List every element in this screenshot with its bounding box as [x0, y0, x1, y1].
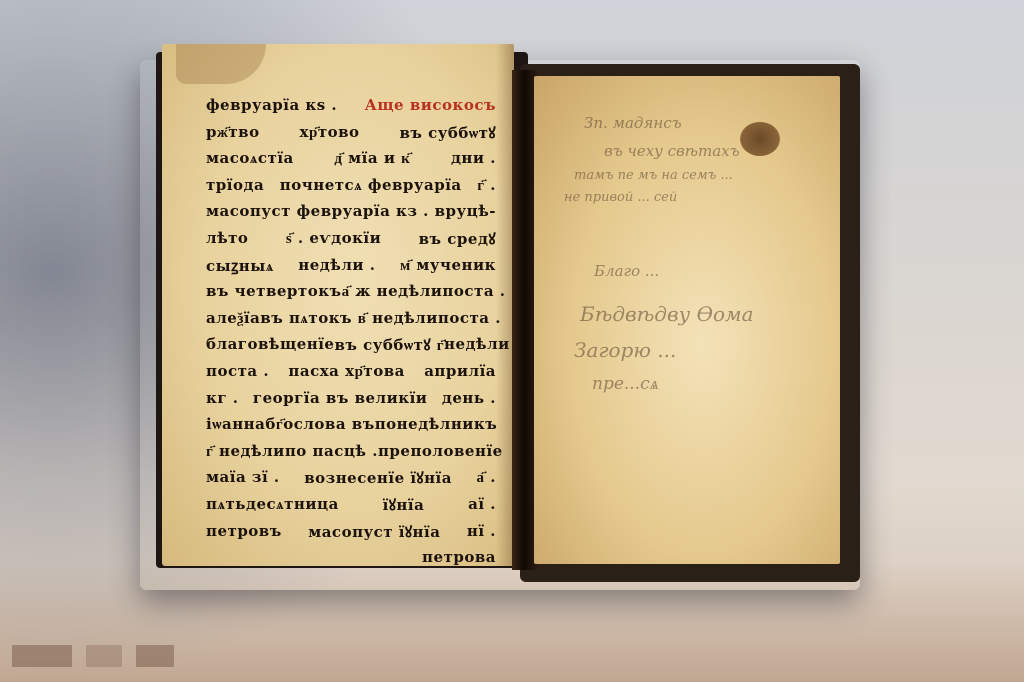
catchword: петрова [206, 548, 496, 566]
right-endpaper: Зп. мадянсъ въ чеху свѣтахъ тамъ пе мъ н… [534, 76, 840, 564]
text-line: трїодапочнетсѧ февруарїаг҃ . [206, 176, 496, 203]
handwritten-note: Бѣдвѣдву Ѳома [580, 302, 754, 326]
text-line: февруарїа кѕ .Аще високосъ [206, 96, 496, 123]
handwritten-note: тамъ пе мъ на семъ ... [574, 168, 733, 183]
text-line: благовѣщенїевъ суббѡтꙋ г҃недѣли [206, 335, 496, 362]
text-line: масопустфевруарїа кз .вруцѣ- [206, 202, 496, 229]
page-stain [176, 44, 266, 84]
rubric-heading: Аще високосъ [365, 96, 496, 123]
text-line: петровъмасопуст їꙋнїанї . [206, 522, 496, 549]
handwritten-note: не привой ... сей [564, 190, 677, 205]
text-line: маїа зї .вознесенїе їꙋнїаа҃ . [206, 468, 496, 495]
text-line: поста .пасха хр҃товааприлїа [206, 362, 496, 389]
handwritten-note: пре...сѧ [592, 374, 659, 394]
text-line: сыꙁныѧнедѣли .м҃ мученик [206, 256, 496, 283]
handwritten-note: въ чеху свѣтахъ [604, 142, 740, 160]
handwritten-note: Благо ... [594, 262, 659, 280]
text-line: алеѯїавъ пѧтокъ в҃ недѣлипоста . [206, 309, 496, 336]
text-line: въ четвертокъа҃ ж недѣлипоста . [206, 282, 496, 309]
blurred-watermark [12, 645, 174, 667]
text-line: пѧтьдесѧтницаїꙋнїааї . [206, 495, 496, 522]
handwritten-note: Зп. мадянсъ [584, 114, 682, 132]
text-line: масоѧстїад҃ мїа и к҃дни . [206, 149, 496, 176]
text-line: іѡаннабг҃ослова въпонедѣлникъ [206, 415, 496, 442]
ink-blot [740, 122, 780, 156]
text-line: г҃ недѣлипо пасцѣ .преполовенїе [206, 442, 496, 469]
text-line: кг .георгїа въ великїидень . [206, 389, 496, 416]
text-line: рж҃твохр҃тововъ суббѡтꙋ [206, 123, 496, 150]
left-page: февруарїа кѕ .Аще високосъ рж҃твохр҃тово… [162, 44, 514, 566]
printed-text-block: февруарїа кѕ .Аще високосъ рж҃твохр҃тово… [206, 96, 496, 566]
handwritten-note: Загорю ... [574, 338, 676, 362]
text-line: лѣтоѕ҃ . еѵдокїивъ средꙋ [206, 229, 496, 256]
